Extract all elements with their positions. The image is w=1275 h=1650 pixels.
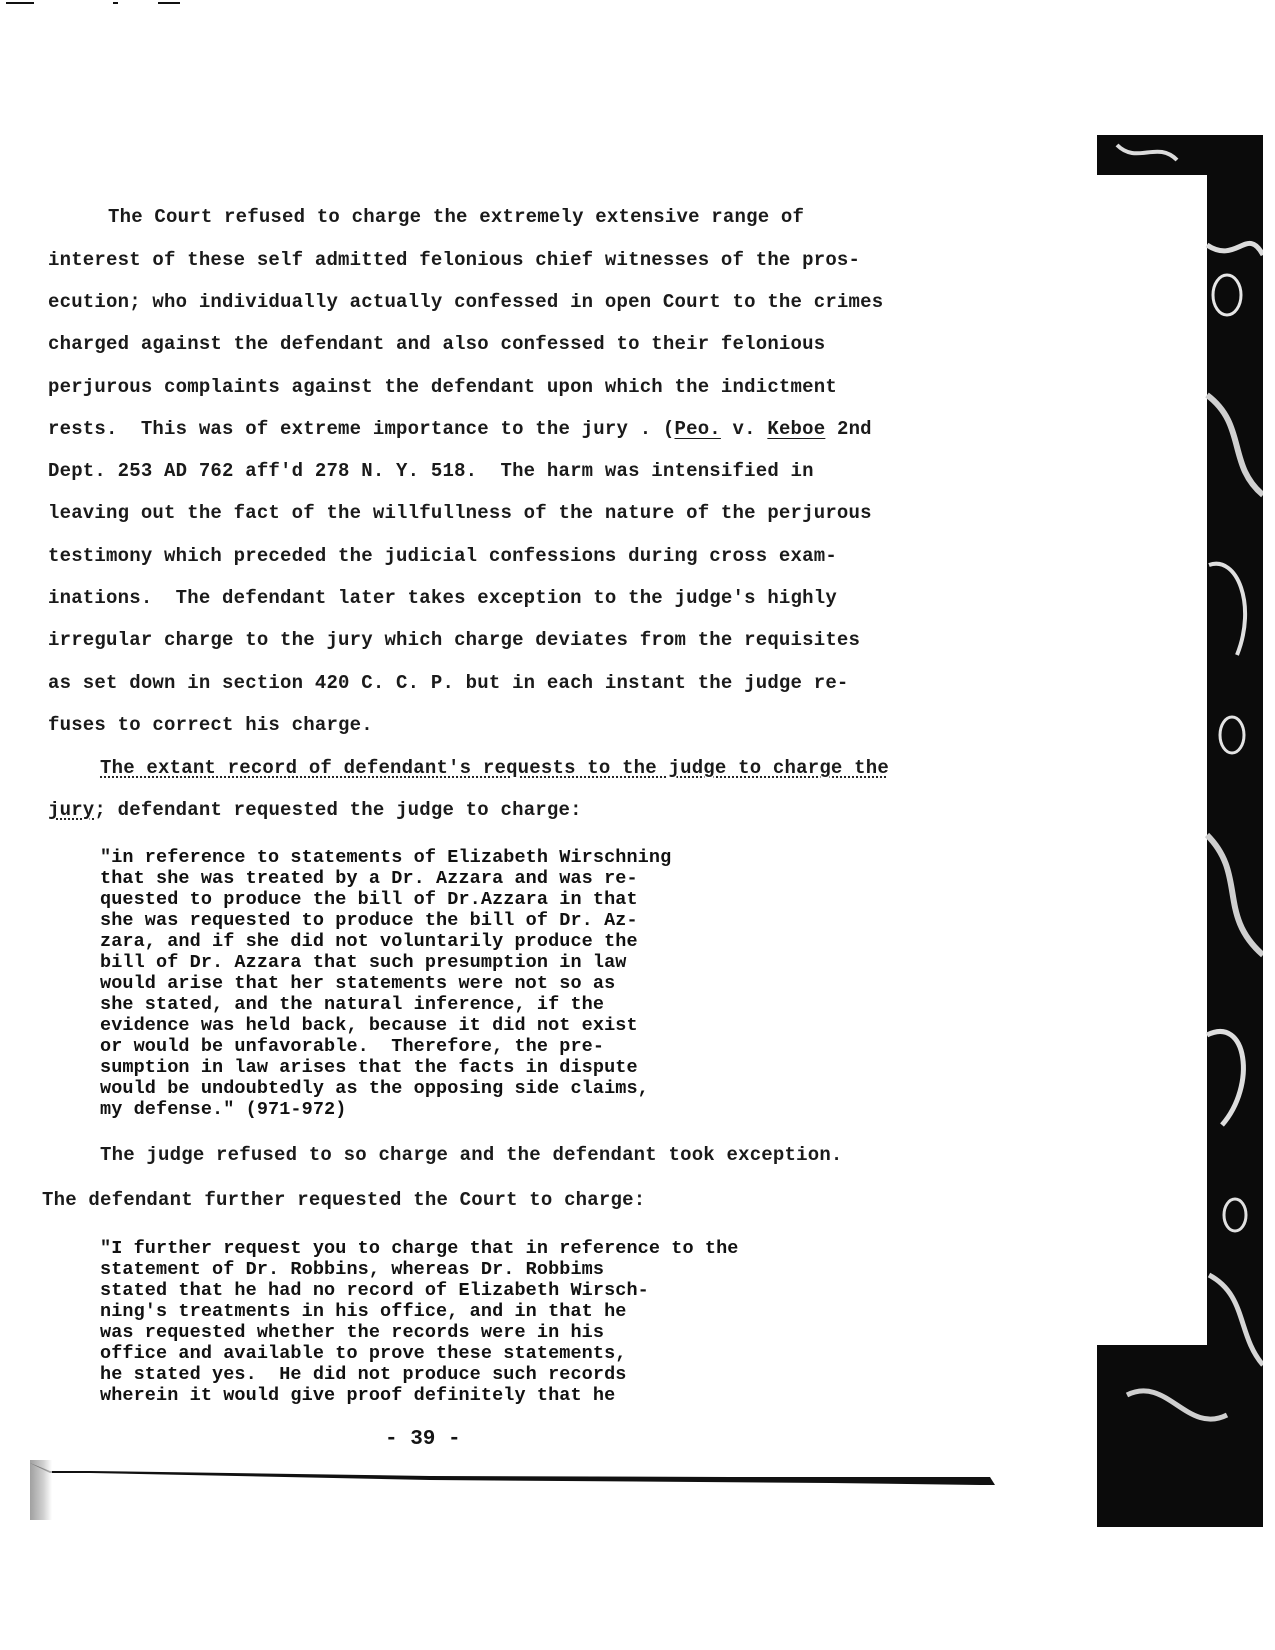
- scan-mark-top-mid: [113, 2, 118, 4]
- body-line: Dept. 253 AD 762 aff'd 278 N. Y. 518. Th…: [48, 460, 814, 482]
- quote-line: evidence was held back, because it did n…: [100, 1015, 638, 1036]
- body-line: The judge refused to so charge and the d…: [100, 1144, 843, 1166]
- quote-line: "in reference to statements of Elizabeth…: [100, 847, 671, 868]
- body-line: leaving out the fact of the willfullness…: [48, 502, 872, 524]
- body-line: testimony which preceded the judicial co…: [48, 545, 837, 567]
- quote-line: was requested whether the records were i…: [100, 1322, 604, 1343]
- body-line: The defendant further requested the Cour…: [42, 1189, 645, 1211]
- section-heading-continuation: jury; defendant requested the judge to c…: [48, 799, 582, 821]
- body-line: inations. The defendant later takes exce…: [48, 587, 837, 609]
- quote-line: statement of Dr. Robbins, whereas Dr. Ro…: [100, 1259, 604, 1280]
- quote-line: sumption in law arises that the facts in…: [100, 1057, 638, 1078]
- body-line: perjurous complaints against the defenda…: [48, 376, 837, 398]
- quote-line: wherein it would give proof definitely t…: [100, 1385, 615, 1406]
- quote-line: would arise that her statements were not…: [100, 973, 615, 994]
- body-line: fuses to correct his charge.: [48, 714, 373, 736]
- quote-line: she was requested to produce the bill of…: [100, 910, 638, 931]
- quote-line: quested to produce the bill of Dr.Azzara…: [100, 889, 638, 910]
- scan-smudge: [30, 1460, 52, 1520]
- body-text: rests. This was of extreme importance to…: [48, 418, 675, 440]
- quote-line: she stated, and the natural inference, i…: [100, 994, 604, 1015]
- body-line: interest of these self admitted feloniou…: [48, 249, 860, 271]
- quote-line: he stated yes. He did not produce such r…: [100, 1364, 627, 1385]
- quote-line: office and available to prove these stat…: [100, 1343, 627, 1364]
- quote-line: stated that he had no record of Elizabet…: [100, 1280, 649, 1301]
- quote-line: my defense." (971-972): [100, 1099, 346, 1120]
- bottom-rule: [30, 1463, 995, 1487]
- quote-line: zara, and if she did not voluntarily pro…: [100, 931, 638, 952]
- scan-edge-strip: [1097, 135, 1263, 1527]
- body-line: ecution; who individually actually confe…: [48, 291, 883, 313]
- quote-line: would be undoubtedly as the opposing sid…: [100, 1078, 649, 1099]
- page-number: - 39 -: [385, 1428, 461, 1451]
- citation-party: Keboe: [767, 418, 825, 440]
- body-line: The Court refused to charge the extremel…: [108, 206, 804, 228]
- heading-rest: ; defendant requested the judge to charg…: [94, 799, 581, 821]
- document-page: The Court refused to charge the extremel…: [0, 0, 1275, 1650]
- citation-v: v.: [721, 418, 767, 440]
- heading-underlined-word: jury: [48, 799, 94, 821]
- section-heading-underlined: The extant record of defendant's request…: [100, 757, 889, 779]
- body-line-with-citation: rests. This was of extreme importance to…: [48, 418, 872, 440]
- scan-mark-top-left: [6, 2, 34, 4]
- quote-line: bill of Dr. Azzara that such presumption…: [100, 952, 627, 973]
- body-line: irregular charge to the jury which charg…: [48, 629, 860, 651]
- body-line: charged against the defendant and also c…: [48, 333, 825, 355]
- quote-line: that she was treated by a Dr. Azzara and…: [100, 868, 638, 889]
- quote-line: "I further request you to charge that in…: [100, 1238, 739, 1259]
- body-line: as set down in section 420 C. C. P. but …: [48, 672, 849, 694]
- citation-tail: 2nd: [825, 418, 871, 440]
- quote-line: or would be unfavorable. Therefore, the …: [100, 1036, 604, 1057]
- citation-peo: Peo.: [675, 418, 721, 440]
- scan-mark-top-right: [158, 2, 180, 4]
- quote-line: ning's treatments in his office, and in …: [100, 1301, 627, 1322]
